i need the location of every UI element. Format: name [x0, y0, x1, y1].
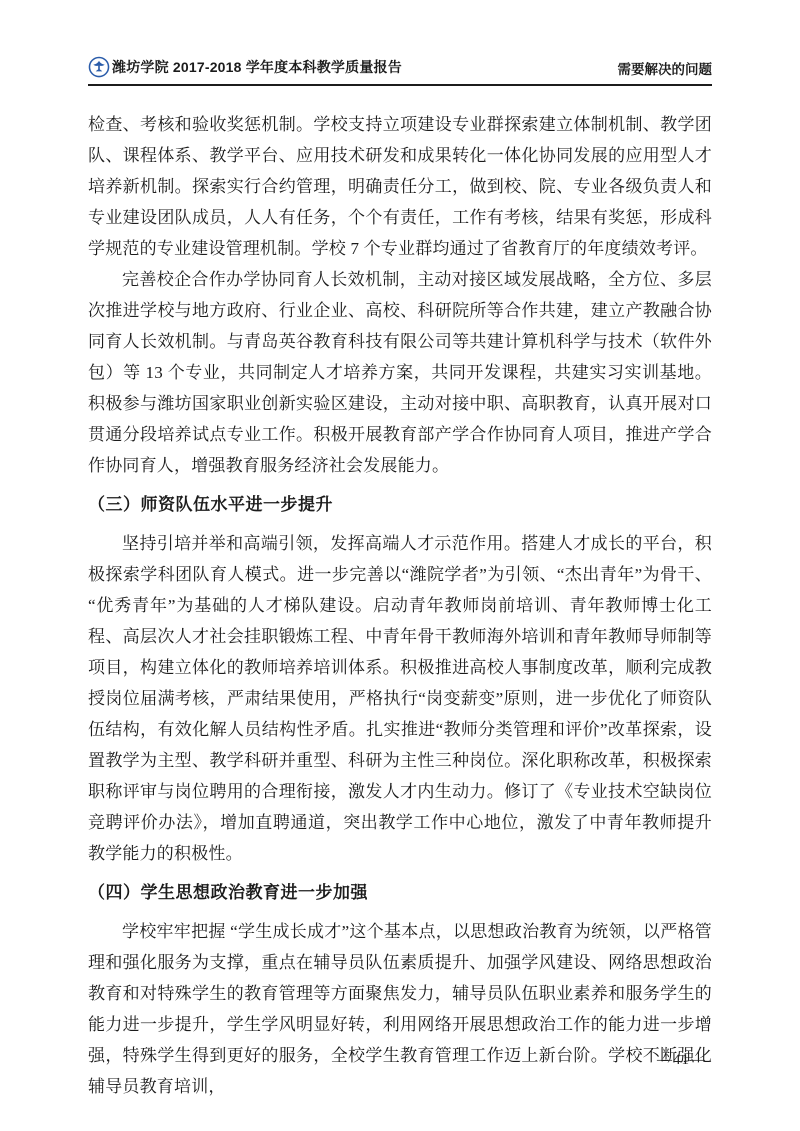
header-left: 潍坊学院 2017-2018 学年度本科教学质量报告 [88, 56, 402, 78]
page-number: —41— [657, 1052, 706, 1069]
document-page: 潍坊学院 2017-2018 学年度本科教学质量报告 需要解决的问题 检查、考核… [0, 0, 800, 1131]
paragraph: 学校牢牢把握 “学生成长成才”这个基本点，以思想政治教育为统领，以严格管理和强化… [88, 916, 712, 1102]
section-heading: （三）师资队伍水平进一步提升 [88, 489, 712, 520]
paragraph: 完善校企合作办学协同育人长效机制，主动对接区域发展战略，全方位、多层次推进学校与… [88, 264, 712, 481]
section-heading: （四）学生思想政治教育进一步加强 [88, 877, 712, 908]
page-header: 潍坊学院 2017-2018 学年度本科教学质量报告 需要解决的问题 [88, 56, 712, 86]
article-body: 检查、考核和验收奖惩机制。学校支持立项建设专业群探索建立体制机制、教学团队、课程… [88, 109, 712, 1102]
paragraph: 坚持引培并举和高端引领，发挥高端人才示范作用。搭建人才成长的平台，积极探索学科团… [88, 528, 712, 869]
school-seal-icon [88, 56, 110, 78]
report-title: 潍坊学院 2017-2018 学年度本科教学质量报告 [112, 57, 402, 77]
running-section-label: 需要解决的问题 [618, 58, 713, 78]
paragraph: 检查、考核和验收奖惩机制。学校支持立项建设专业群探索建立体制机制、教学团队、课程… [88, 109, 712, 264]
